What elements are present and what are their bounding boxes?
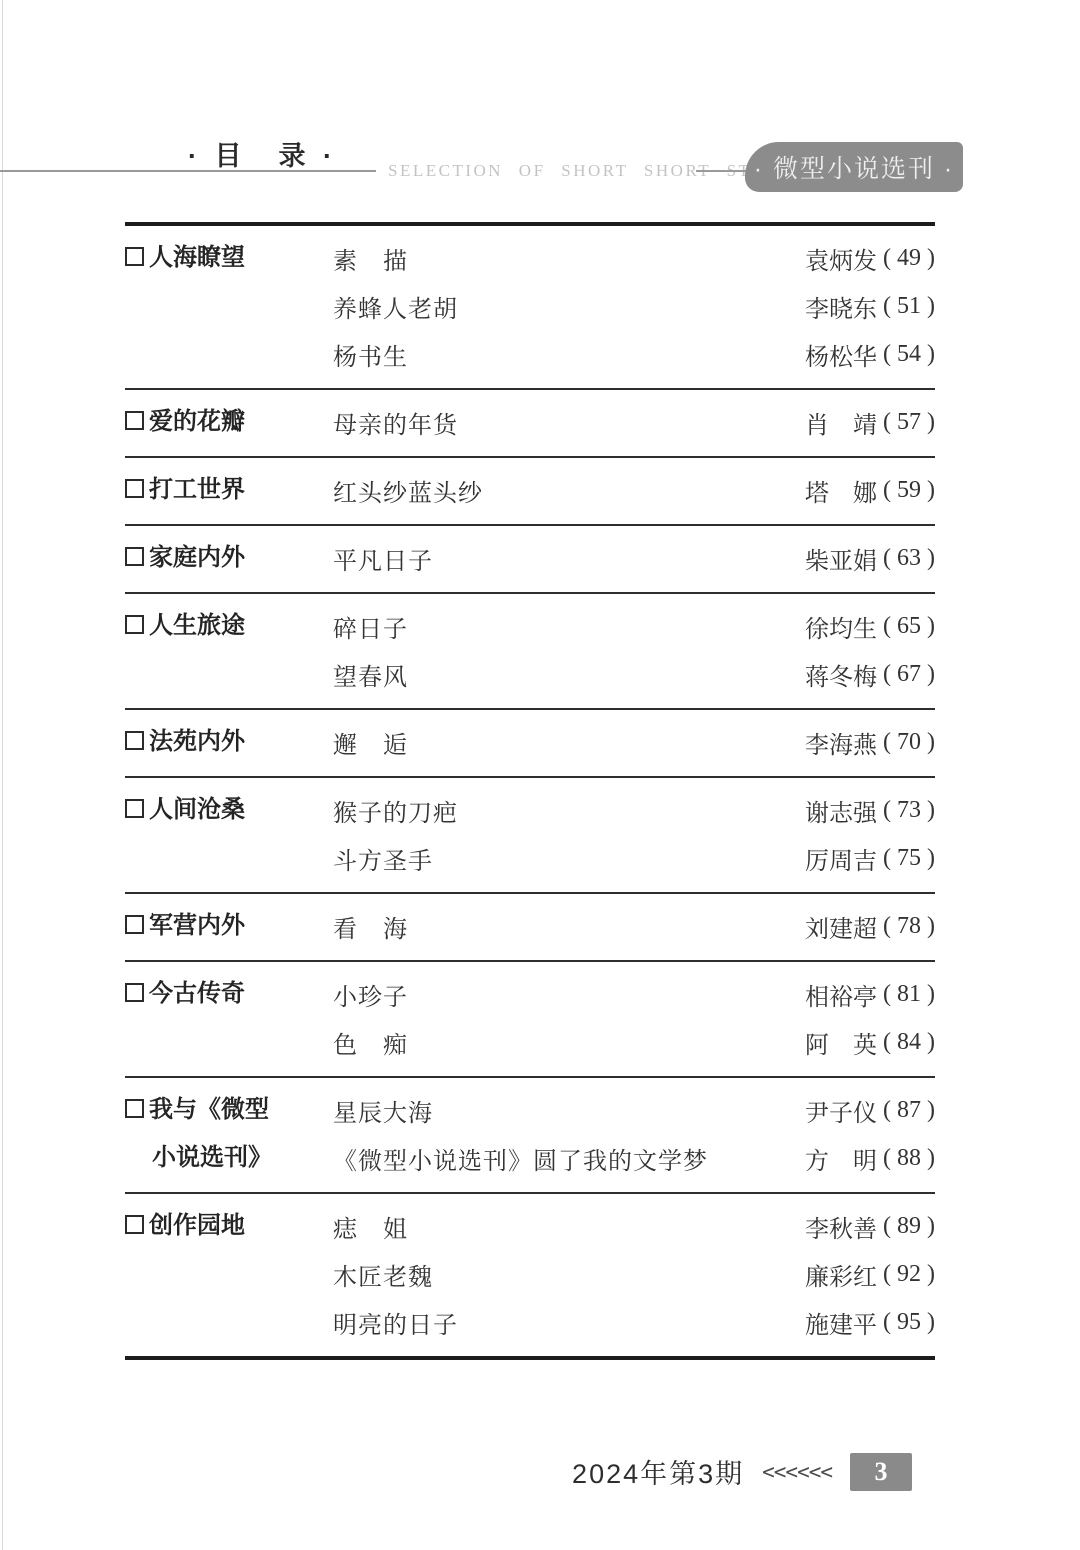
toc-section-fayuanneiwai: 法苑内外 邂 逅 李海燕 70: [125, 710, 935, 778]
section-title: 今古传奇: [149, 980, 245, 1007]
article-author: 李秋善: [805, 1209, 877, 1244]
article-page-number: 89: [883, 1213, 935, 1240]
chevrons-decoration: <<<<<<: [762, 1460, 832, 1484]
toc-entry: 看 海 刘建超 78: [333, 902, 935, 950]
toc-section-chuangzuoyuandi: 创作园地 痣 姐 李秋善 89 木匠老魏 廉彩红 92 明亮的日子 施建平 95: [125, 1194, 935, 1360]
section-label: 创作园地: [125, 1202, 333, 1250]
article-page-number: 67: [883, 661, 935, 688]
article-page-number: 57: [883, 409, 935, 436]
section-square-icon: [125, 615, 144, 634]
section-title-line2: 小说选刊》: [125, 1134, 333, 1182]
article-title: 《微型小说选刊》圆了我的文学梦: [333, 1141, 805, 1176]
article-page-number: 95: [883, 1309, 935, 1336]
section-title: 我与《微型: [149, 1096, 269, 1123]
article-title: 红头纱蓝头纱: [333, 473, 805, 508]
toc-section-renhailiaowang: 人海瞭望 素 描 袁炳发 49 养蜂人老胡 李晓东 51 杨书生 杨松华 54: [125, 226, 935, 390]
toc-entry: 木匠老魏 廉彩红 92: [333, 1250, 935, 1298]
section-square-icon: [125, 915, 144, 934]
toc-entry: 《微型小说选刊》圆了我的文学梦 方 明 88: [333, 1134, 935, 1182]
section-label: 人海瞭望: [125, 234, 333, 282]
article-title: 平凡日子: [333, 541, 805, 576]
article-author: 阿 英: [805, 1025, 877, 1060]
toc-section-jiatingneiwai: 家庭内外 平凡日子 柴亚娟 63: [125, 526, 935, 594]
section-label: 军营内外: [125, 902, 333, 950]
article-author: 刘建超: [805, 909, 877, 944]
article-page-number: 73: [883, 797, 935, 824]
toc-entry: 杨书生 杨松华 54: [333, 330, 935, 378]
toc-entry: 星辰大海 尹子仪 87: [333, 1086, 935, 1134]
article-page-number: 65: [883, 613, 935, 640]
section-square-icon: [125, 479, 144, 498]
article-page-number: 70: [883, 729, 935, 756]
toc-section-dagongshijie: 打工世界 红头纱蓝头纱 塔 娜 59: [125, 458, 935, 526]
section-title: 法苑内外: [149, 728, 245, 755]
article-page-number: 51: [883, 293, 935, 320]
page-left-edge-line: [2, 0, 3, 1550]
article-author: 谢志强: [805, 793, 877, 828]
section-square-icon: [125, 731, 144, 750]
toc-entry: 痣 姐 李秋善 89: [333, 1202, 935, 1250]
article-page-number: 88: [883, 1145, 935, 1172]
article-title: 邂 逅: [333, 725, 805, 760]
article-author: 尹子仪: [805, 1093, 877, 1128]
article-title: 星辰大海: [333, 1093, 805, 1128]
section-square-icon: [125, 1215, 144, 1234]
header-rule-mid: [696, 170, 748, 172]
article-title: 痣 姐: [333, 1209, 805, 1244]
section-title: 爱的花瓣: [149, 408, 245, 435]
article-author: 施建平: [805, 1305, 877, 1340]
article-page-number: 54: [883, 341, 935, 368]
article-author: 李晓东: [805, 289, 877, 324]
section-square-icon: [125, 983, 144, 1002]
toc-section-aidehuaban: 爱的花瓣 母亲的年货 肖 靖 57: [125, 390, 935, 458]
toc-entry: 素 描 袁炳发 49: [333, 234, 935, 282]
article-author: 肖 靖: [805, 405, 877, 440]
section-square-icon: [125, 247, 144, 266]
section-label: 法苑内外: [125, 718, 333, 766]
article-author: 相裕亭: [805, 977, 877, 1012]
section-square-icon: [125, 411, 144, 430]
toc-section-jinguchuanqi: 今古传奇 小珍子 相裕亭 81 色 痴 阿 英 84: [125, 962, 935, 1078]
section-title: 打工世界: [149, 476, 245, 503]
page-footer: 2024年第3期 <<<<<< 3: [0, 1452, 912, 1491]
section-square-icon: [125, 547, 144, 566]
article-page-number: 49: [883, 245, 935, 272]
article-title: 母亲的年货: [333, 405, 805, 440]
article-title: 看 海: [333, 909, 805, 944]
article-page-number: 75: [883, 845, 935, 872]
article-page-number: 63: [883, 545, 935, 572]
section-label: 打工世界: [125, 466, 333, 514]
magazine-name-badge: · 微型小说选刊 ·: [745, 142, 963, 192]
section-label: 家庭内外: [125, 534, 333, 582]
page-title: · 目 录 ·: [188, 134, 337, 173]
article-page-number: 78: [883, 913, 935, 940]
section-square-icon: [125, 799, 144, 818]
section-title: 人间沧桑: [149, 796, 245, 823]
toc-entry: 猴子的刀疤 谢志强 73: [333, 786, 935, 834]
article-page-number: 92: [883, 1261, 935, 1288]
toc-entry: 望春风 蒋冬梅 67: [333, 650, 935, 698]
section-title: 人海瞭望: [149, 244, 245, 271]
header-rule-left: [0, 170, 376, 172]
article-author: 方 明: [805, 1141, 877, 1176]
section-title: 人生旅途: [149, 612, 245, 639]
toc-entry: 母亲的年货 肖 靖 57: [333, 398, 935, 446]
english-subtitle: SELECTION OF SHORT SHORT STORIES: [388, 161, 693, 181]
article-title: 木匠老魏: [333, 1257, 805, 1292]
toc-section-renshenglvtu: 人生旅途 碎日子 徐均生 65 望春风 蒋冬梅 67: [125, 594, 935, 710]
toc-entry: 养蜂人老胡 李晓东 51: [333, 282, 935, 330]
article-author: 李海燕: [805, 725, 877, 760]
article-title: 杨书生: [333, 337, 805, 372]
toc-entry: 色 痴 阿 英 84: [333, 1018, 935, 1066]
toc-section-woyu-weixingxiaoshuoxuankan: 我与《微型小说选刊》 星辰大海 尹子仪 87 《微型小说选刊》圆了我的文学梦 方…: [125, 1078, 935, 1194]
article-page-number: 84: [883, 1029, 935, 1056]
article-author: 柴亚娟: [805, 541, 877, 576]
article-author: 廉彩红: [805, 1257, 877, 1292]
article-page-number: 87: [883, 1097, 935, 1124]
section-square-icon: [125, 1099, 144, 1118]
article-title: 小珍子: [333, 977, 805, 1012]
article-author: 杨松华: [805, 337, 877, 372]
article-author: 厉周吉: [805, 841, 877, 876]
toc-section-junyingneiwai: 军营内外 看 海 刘建超 78: [125, 894, 935, 962]
article-title: 斗方圣手: [333, 841, 805, 876]
toc-entry: 明亮的日子 施建平 95: [333, 1298, 935, 1346]
article-author: 徐均生: [805, 609, 877, 644]
toc-section-renjiancangsang: 人间沧桑 猴子的刀疤 谢志强 73 斗方圣手 厉周吉 75: [125, 778, 935, 894]
article-title: 素 描: [333, 241, 805, 276]
article-page-number: 81: [883, 981, 935, 1008]
section-title: 创作园地: [149, 1212, 245, 1239]
article-title: 色 痴: [333, 1025, 805, 1060]
article-author: 袁炳发: [805, 241, 877, 276]
section-title: 军营内外: [149, 912, 245, 939]
article-author: 蒋冬梅: [805, 657, 877, 692]
toc-entry: 红头纱蓝头纱 塔 娜 59: [333, 466, 935, 514]
article-title: 养蜂人老胡: [333, 289, 805, 324]
section-label: 人生旅途: [125, 602, 333, 650]
issue-label: 2024年第3期: [572, 1452, 744, 1491]
section-label: 爱的花瓣: [125, 398, 333, 446]
article-page-number: 59: [883, 477, 935, 504]
toc-entry: 斗方圣手 厉周吉 75: [333, 834, 935, 882]
toc-entry: 邂 逅 李海燕 70: [333, 718, 935, 766]
toc-entry: 小珍子 相裕亭 81: [333, 970, 935, 1018]
page-number-badge: 3: [850, 1453, 912, 1491]
article-title: 猴子的刀疤: [333, 793, 805, 828]
toc-entry: 平凡日子 柴亚娟 63: [333, 534, 935, 582]
article-author: 塔 娜: [805, 473, 877, 508]
article-title: 碎日子: [333, 609, 805, 644]
article-title: 明亮的日子: [333, 1305, 805, 1340]
toc-entry: 碎日子 徐均生 65: [333, 602, 935, 650]
article-title: 望春风: [333, 657, 805, 692]
section-title: 家庭内外: [149, 544, 245, 571]
toc-table: 人海瞭望 素 描 袁炳发 49 养蜂人老胡 李晓东 51 杨书生 杨松华 54 …: [125, 222, 935, 1360]
section-label: 人间沧桑: [125, 786, 333, 834]
section-label: 我与《微型小说选刊》: [125, 1086, 333, 1182]
section-label: 今古传奇: [125, 970, 333, 1018]
